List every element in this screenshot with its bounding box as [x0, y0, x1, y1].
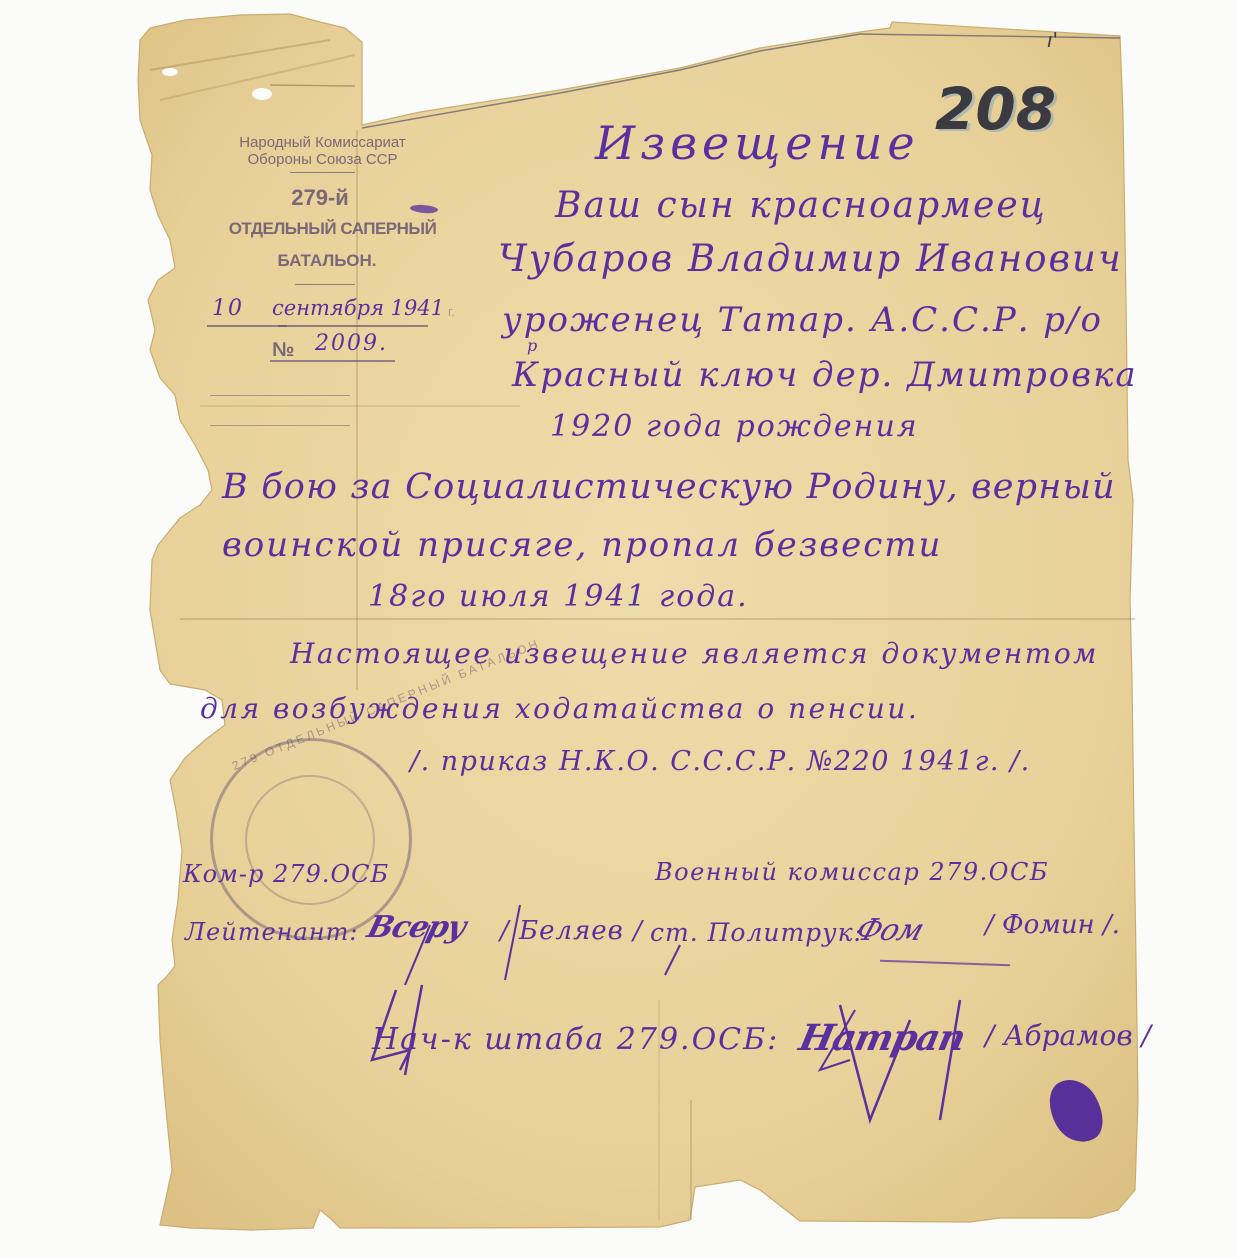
stamp-header-line1: Народный Комиссариат [205, 135, 440, 150]
body-line-5: 1920 года рождения [550, 412, 919, 442]
number-underline [270, 360, 395, 362]
commissar-signature: Фом [852, 916, 927, 946]
stamp-divider [295, 284, 355, 285]
stamp-unit-type: БАТАЛЬОН. [262, 252, 392, 269]
fold-crease [200, 405, 520, 407]
stamp-divider [290, 172, 355, 173]
document-content: ı' 208 Народный Комиссариат Обороны Союз… [0, 0, 1237, 1258]
blank-line [210, 425, 350, 426]
commander-rank: Лейтенант: [185, 920, 358, 944]
corner-mark: ı' [1047, 30, 1058, 50]
notice-line-2: для возбуждения ходатайства о пенсии. [200, 695, 919, 723]
notice-line-3-order-reference: /. приказ Н.К.О. С.С.С.Р. №220 1941г. /. [410, 748, 1031, 775]
stamp-number-prefix: № [272, 340, 294, 360]
stamp-header-line2: Обороны Союза ССР [215, 152, 430, 167]
body-line-2-soldier-name: Чубаров Владимир Иванович [498, 240, 1123, 277]
commissar-rank: ст. Политрук: [650, 920, 863, 945]
chief-of-staff-name: / Абрамов / [985, 1022, 1151, 1050]
stamp-unit-name: ОТДЕЛЬНЫЙ САПЕРНЫЙ [200, 220, 465, 237]
commander-name: / Беляев / [500, 918, 643, 944]
commander-signature: Всеру [364, 913, 469, 943]
stamp-unit-number: 279-й [265, 187, 375, 209]
commissar-signature-stroke [880, 960, 1010, 967]
stamp-date-day: 10 [212, 298, 244, 320]
archive-number: 208 [935, 80, 1056, 138]
document-title: Извещение [595, 120, 920, 166]
stamp-date-suffix: г. [448, 305, 455, 318]
body-line-7: воинской присяге, пропал безвести [222, 528, 942, 562]
body-line-4: Красный ключ дер. Дмитровка [512, 358, 1138, 392]
notice-line-1: Настоящее извещение является документом [290, 640, 1099, 668]
body-line-3: уроженец Татар. А.С.С.Р. р/о [502, 303, 1103, 337]
stamp-date-month-year: сентября 1941 [272, 298, 444, 319]
date-underline [278, 325, 428, 327]
commander-title: Ком-р 279.ОСБ [183, 862, 389, 886]
blank-line [210, 395, 350, 396]
ink-smudge [410, 204, 439, 214]
commissar-title: Военный комиссар 279.ОСБ [655, 860, 1049, 884]
body-line-3-above: р [527, 338, 539, 354]
body-line-6: В бою за Социалистическую Родину, верный [222, 470, 1116, 505]
body-line-1: Ваш сын красноармеец [555, 188, 1047, 224]
chief-of-staff-signature: Натрап [796, 1020, 968, 1056]
fold-crease [356, 130, 358, 690]
commissar-name: / Фомин /. [985, 912, 1120, 938]
chief-of-staff-title: Нач-к штаба 279.ОСБ: [372, 1025, 779, 1055]
ink-blot [1039, 1070, 1114, 1151]
fold-crease [690, 1100, 692, 1220]
body-line-8-date: 18го июля 1941 года. [368, 582, 749, 612]
fold-crease [180, 618, 1135, 620]
stamp-number: 2009. [315, 333, 388, 355]
date-underline [207, 325, 287, 327]
